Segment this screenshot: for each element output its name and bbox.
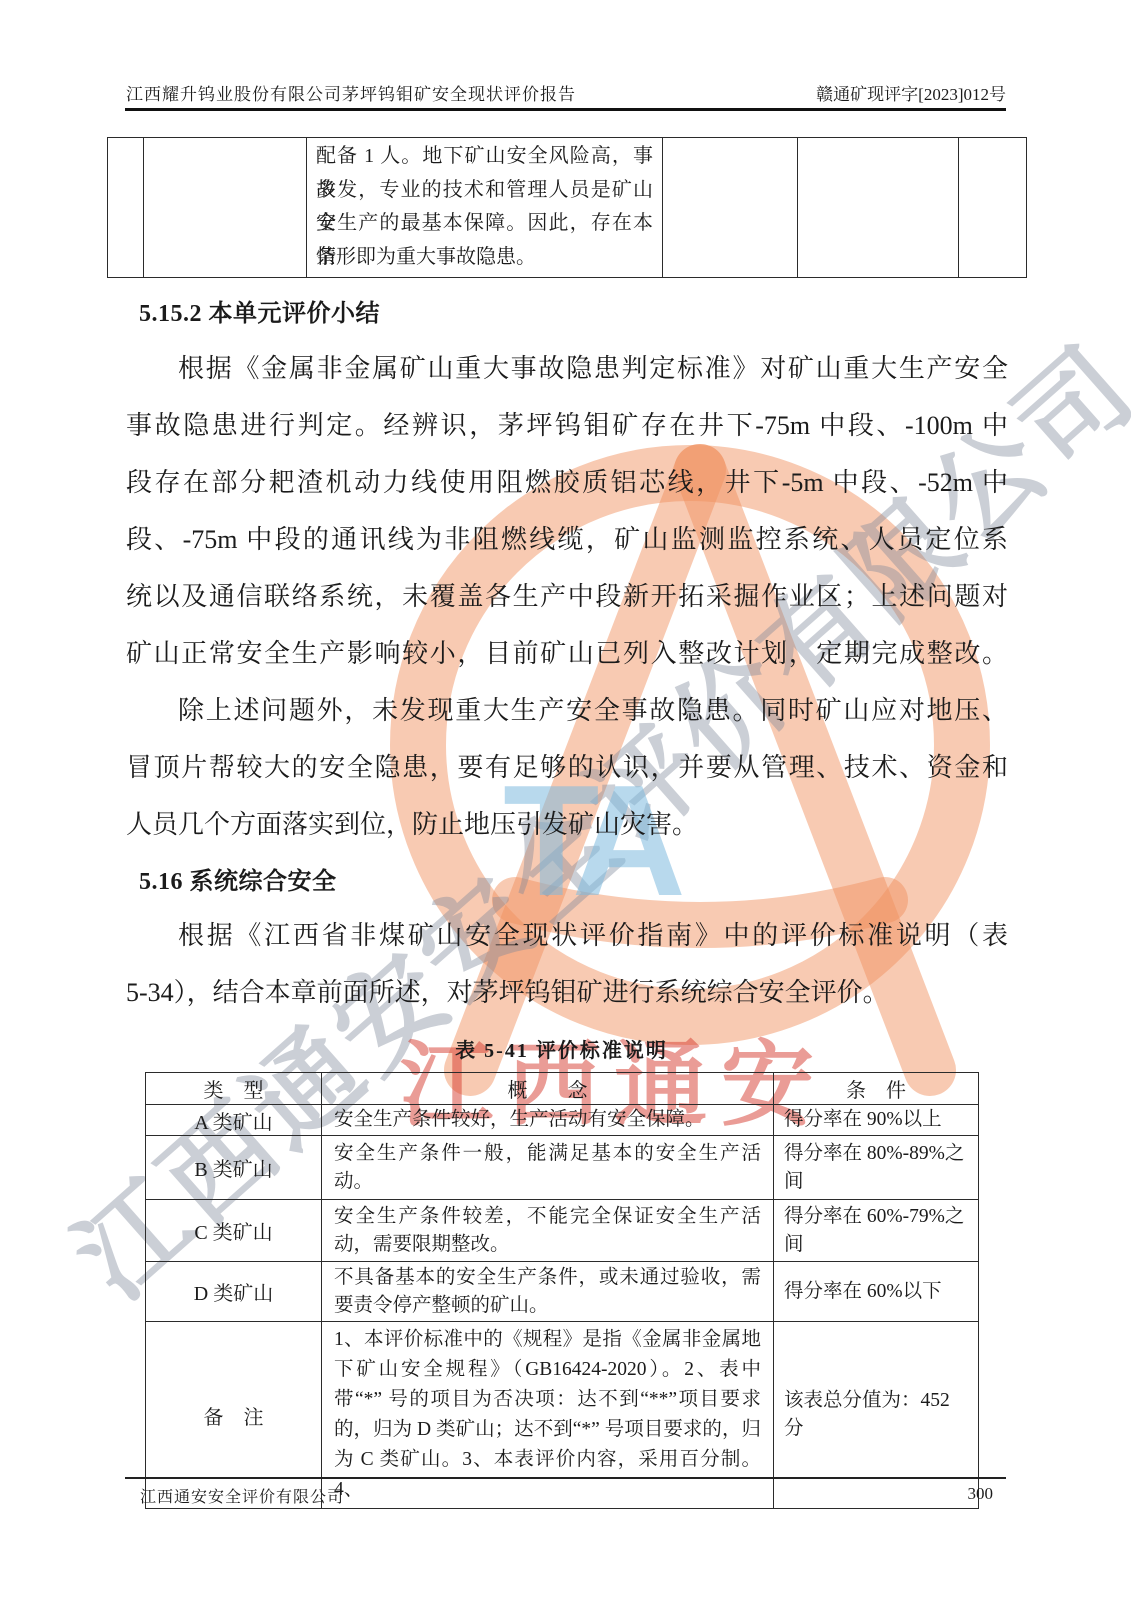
body-line: 统以及通信联络系统，未覆盖各生产中段新开拓采掘作业区；上述问题对 bbox=[126, 568, 1008, 625]
empty-cell bbox=[663, 138, 798, 278]
document-page: 江西通安安全评价有限公司 TA 江西通安 江西耀升钨业股份有限公司茅坪钨钼矿安全… bbox=[0, 0, 1131, 1600]
cell-line: 情形即为重大事故隐患。 bbox=[316, 241, 653, 275]
table-row: 配备 1 人。地下矿山安全风险高，事故 多发，专业的技术和管理人员是矿山安 全生… bbox=[108, 138, 1027, 278]
note-text-cell: 1、本评价标准中的《规程》是指《金属非金属地下矿山安全规程》（GB16424-2… bbox=[322, 1322, 774, 1509]
condition-cell: 得分率在 80%-89%之间 bbox=[774, 1136, 979, 1200]
concept-cell: 安全生产条件较好，生产活动有安全保障。 bbox=[322, 1105, 774, 1136]
column-header-type: 类 型 bbox=[146, 1073, 322, 1105]
body-line: 冒顶片帮较大的安全隐患，要有足够的认识，并要从管理、技术、资金和 bbox=[126, 739, 1008, 796]
paragraph-3: 根据《江西省非煤矿山安全现状评价指南》中的评价标准说明（表 5-34），结合本章… bbox=[126, 907, 1008, 1021]
type-cell: C 类矿山 bbox=[146, 1200, 322, 1262]
body-line: 段存在部分耙渣机动力线使用阻燃胶质铝芯线，井下-5m 中段、-52m 中 bbox=[126, 454, 1008, 511]
empty-cell bbox=[108, 138, 144, 278]
paragraph-1: 根据《金属非金属矿山重大事故隐患判定标准》对矿山重大生产安全 事故隐患进行判定。… bbox=[126, 340, 1008, 682]
header-rule bbox=[125, 108, 1006, 111]
table-header-row: 类 型 概 念 条 件 bbox=[146, 1073, 979, 1105]
type-cell: D 类矿山 bbox=[146, 1262, 322, 1322]
cell-line: 全生产的最基本保障。因此，存在本条 bbox=[316, 207, 653, 241]
table-caption: 表 5-41 评价标准说明 bbox=[145, 1034, 978, 1063]
continued-table: 配备 1 人。地下矿山安全风险高，事故 多发，专业的技术和管理人员是矿山安 全生… bbox=[107, 137, 1027, 278]
body-line: 人员几个方面落实到位，防止地压引发矿山灾害。 bbox=[126, 796, 1008, 853]
body-line: 段、-75m 中段的通讯线为非阻燃线缆，矿山监测监控系统、人员定位系 bbox=[126, 511, 1008, 568]
body-line: 事故隐患进行判定。经辨识，茅坪钨钼矿存在井下-75m 中段、-100m 中 bbox=[126, 397, 1008, 454]
table-row-class-d: D 类矿山 不具备基本的安全生产条件，或未通过验收，需要责令停产整顿的矿山。 得… bbox=[146, 1262, 979, 1322]
cell-line: 多发，专业的技术和管理人员是矿山安 bbox=[316, 174, 653, 208]
body-line: 根据《金属非金属矿山重大事故隐患判定标准》对矿山重大生产安全 bbox=[126, 340, 1008, 397]
body-line: 矿山正常安全生产影响较小，目前矿山已列入整改计划，定期完成整改。 bbox=[126, 625, 1008, 682]
concept-cell: 不具备基本的安全生产条件，或未通过验收，需要责令停产整顿的矿山。 bbox=[322, 1262, 774, 1322]
cell-line: 配备 1 人。地下矿山安全风险高，事故 bbox=[316, 140, 653, 174]
note-label-cell: 备 注 bbox=[146, 1322, 322, 1509]
evaluation-criteria-table: 类 型 概 念 条 件 A 类矿山 安全生产条件较好，生产活动有安全保障。 得分… bbox=[145, 1072, 979, 1509]
condition-cell: 得分率在 60%以下 bbox=[774, 1262, 979, 1322]
footer-page-number: 300 bbox=[968, 1484, 994, 1504]
header-doc-number: 赣通矿现评字[2023]012号 bbox=[816, 80, 1006, 105]
footer-company-name: 江西通安安全评价有限公司 bbox=[140, 1484, 344, 1507]
type-cell: B 类矿山 bbox=[146, 1136, 322, 1200]
condition-cell: 得分率在 90%以上 bbox=[774, 1105, 979, 1136]
header-report-title: 江西耀升钨业股份有限公司茅坪钨钼矿安全现状评价报告 bbox=[126, 80, 576, 105]
table-row-note: 备 注 1、本评价标准中的《规程》是指《金属非金属地下矿山安全规程》（GB164… bbox=[146, 1322, 979, 1509]
empty-cell bbox=[798, 138, 959, 278]
table-row-class-c: C 类矿山 安全生产条件较差，不能完全保证安全生产活动，需要限期整改。 得分率在… bbox=[146, 1200, 979, 1262]
concept-cell: 安全生产条件较差，不能完全保证安全生产活动，需要限期整改。 bbox=[322, 1200, 774, 1262]
empty-cell bbox=[144, 138, 307, 278]
section-heading-5-15-2: 5.15.2 本单元评价小结 bbox=[139, 293, 380, 328]
empty-cell bbox=[959, 138, 1027, 278]
body-line: 5-34），结合本章前面所述，对茅坪钨钼矿进行系统综合安全评价。 bbox=[126, 964, 1008, 1021]
section-heading-5-16: 5.16 系统综合安全 bbox=[139, 861, 337, 896]
table-row-class-b: B 类矿山 安全生产条件一般，能满足基本的安全生产活动。 得分率在 80%-89… bbox=[146, 1136, 979, 1200]
concept-cell: 安全生产条件一般，能满足基本的安全生产活动。 bbox=[322, 1136, 774, 1200]
table-row-class-a: A 类矿山 安全生产条件较好，生产活动有安全保障。 得分率在 90%以上 bbox=[146, 1105, 979, 1136]
body-line: 除上述问题外，未发现重大生产安全事故隐患。同时矿山应对地压、 bbox=[126, 682, 1008, 739]
note-condition-cell: 该表总分值为：452 分 bbox=[774, 1322, 979, 1509]
page-content: 江西耀升钨业股份有限公司茅坪钨钼矿安全现状评价报告 赣通矿现评字[2023]01… bbox=[0, 0, 1131, 1600]
paragraph-2: 除上述问题外，未发现重大生产安全事故隐患。同时矿山应对地压、 冒顶片帮较大的安全… bbox=[126, 682, 1008, 853]
condition-cell: 得分率在 60%-79%之间 bbox=[774, 1200, 979, 1262]
type-cell: A 类矿山 bbox=[146, 1105, 322, 1136]
column-header-concept: 概 念 bbox=[322, 1073, 774, 1105]
column-header-condition: 条 件 bbox=[774, 1073, 979, 1105]
body-line: 根据《江西省非煤矿山安全现状评价指南》中的评价标准说明（表 bbox=[126, 907, 1008, 964]
hazard-description-cell: 配备 1 人。地下矿山安全风险高，事故 多发，专业的技术和管理人员是矿山安 全生… bbox=[307, 138, 663, 278]
footer-rule bbox=[125, 1477, 1006, 1479]
